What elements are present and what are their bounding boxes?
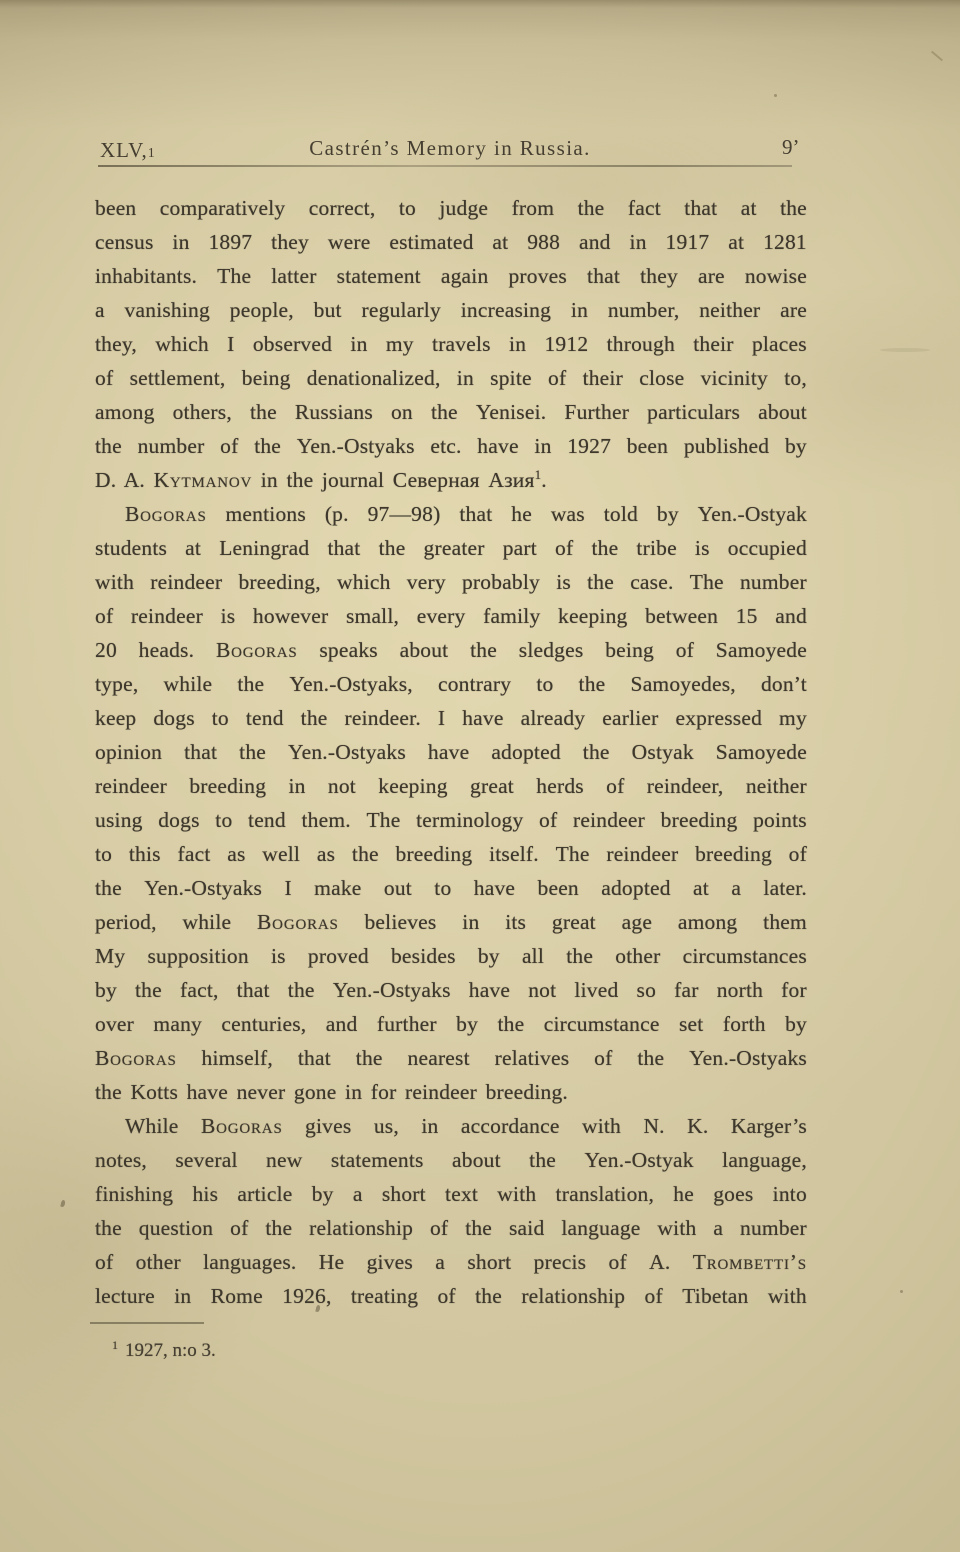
text-line: withreindeerbreeding,whichveryprobablyis… — [95, 570, 807, 604]
scanned-book-page: XLV,1 Castrén’s Memory in Russia. 9’ bee… — [0, 0, 960, 1552]
text-line: censusin1897theywereestimatedat988andin1… — [95, 230, 807, 264]
text-line: theYen.-OstyaksImakeouttohavebeenadopted… — [95, 876, 807, 910]
text-line: finishinghisarticlebyashorttextwithtrans… — [95, 1182, 807, 1216]
text-line: period,whileBogorasbelievesinitsgreatage… — [95, 910, 807, 944]
text-line: studentsatLeningradthatthegreaterpartoft… — [95, 536, 807, 570]
paper-smudge — [880, 348, 930, 352]
text-line: 20heads.Bogorasspeaksaboutthesledgesbein… — [95, 638, 807, 672]
paper-speck — [774, 94, 777, 97]
page-number: 9’ — [782, 135, 800, 160]
text-line: reindeerbreedinginnotkeepinggreatherdsof… — [95, 774, 807, 808]
text-line: bythefact,thattheYen.-Ostyakshavenotlive… — [95, 978, 807, 1012]
text-line: ofsettlement,beingdenationalized,inspite… — [95, 366, 807, 400]
text-line: D. A. Kytmanov in the journal Северная А… — [95, 468, 807, 502]
text-line: thequestionoftherelationshipofthesaidlan… — [95, 1216, 807, 1250]
text-line: opinionthattheYen.-Ostyakshaveadoptedthe… — [95, 740, 807, 774]
paper-speck — [900, 1290, 903, 1293]
text-line: avanishingpeople,butregularlyincreasingi… — [95, 298, 807, 332]
text-line: thenumberoftheYen.-Ostyaksetc.havein1927… — [95, 434, 807, 468]
page-title: Castrén’s Memory in Russia. — [95, 136, 805, 161]
text-line: type,whiletheYen.-Ostyaks,contrarytotheS… — [95, 672, 807, 706]
text-line: notes,severalnewstatementsabouttheYen.-O… — [95, 1148, 807, 1182]
text-line: amongothers,theRussiansontheYenisei.Furt… — [95, 400, 807, 434]
text-line: inhabitants.Thelatterstatementagainprove… — [95, 264, 807, 298]
footnote: 11927, n:o 3. — [112, 1340, 216, 1362]
text-line: ofreindeerishoweversmall,everyfamilykeep… — [95, 604, 807, 638]
paper-speck — [931, 51, 943, 62]
text-line: Bogorashimself,thatthenearestrelativesof… — [95, 1046, 807, 1080]
text-line: keepdogstotendthereindeer.Ihavealreadyea… — [95, 706, 807, 740]
text-line: lectureinRome1926,treatingoftherelations… — [95, 1284, 807, 1318]
text-line: tothisfactaswellasthebreedingitself.Ther… — [95, 842, 807, 876]
body-text: beencomparativelycorrect,tojudgefromthef… — [95, 196, 807, 1318]
text-line: Mysuppositionisprovedbesidesbyalltheothe… — [95, 944, 807, 978]
text-line: beencomparativelycorrect,tojudgefromthef… — [95, 196, 807, 230]
text-line: ofotherlanguages.HegivesashortprecisofA.… — [95, 1250, 807, 1284]
text-line: Bogorasmentions(p.97—98)thathewastoldbyY… — [95, 502, 807, 536]
header-rule — [98, 165, 792, 167]
footnote-text: 1927, n:o 3. — [125, 1340, 216, 1361]
text-line: usingdogstotendthem.Theterminologyofrein… — [95, 808, 807, 842]
text-line: the Kotts have never gone in for reindee… — [95, 1080, 807, 1114]
footnote-rule — [90, 1322, 204, 1324]
footnote-marker: 1 — [112, 1338, 118, 1352]
text-line: they,whichIobservedinmytravelsin1912thro… — [95, 332, 807, 366]
text-line: WhileBogorasgivesus,inaccordancewithN.K.… — [95, 1114, 807, 1148]
paper-speck — [60, 1200, 65, 1208]
text-line: overmanycenturies,andfurtherbythecircums… — [95, 1012, 807, 1046]
